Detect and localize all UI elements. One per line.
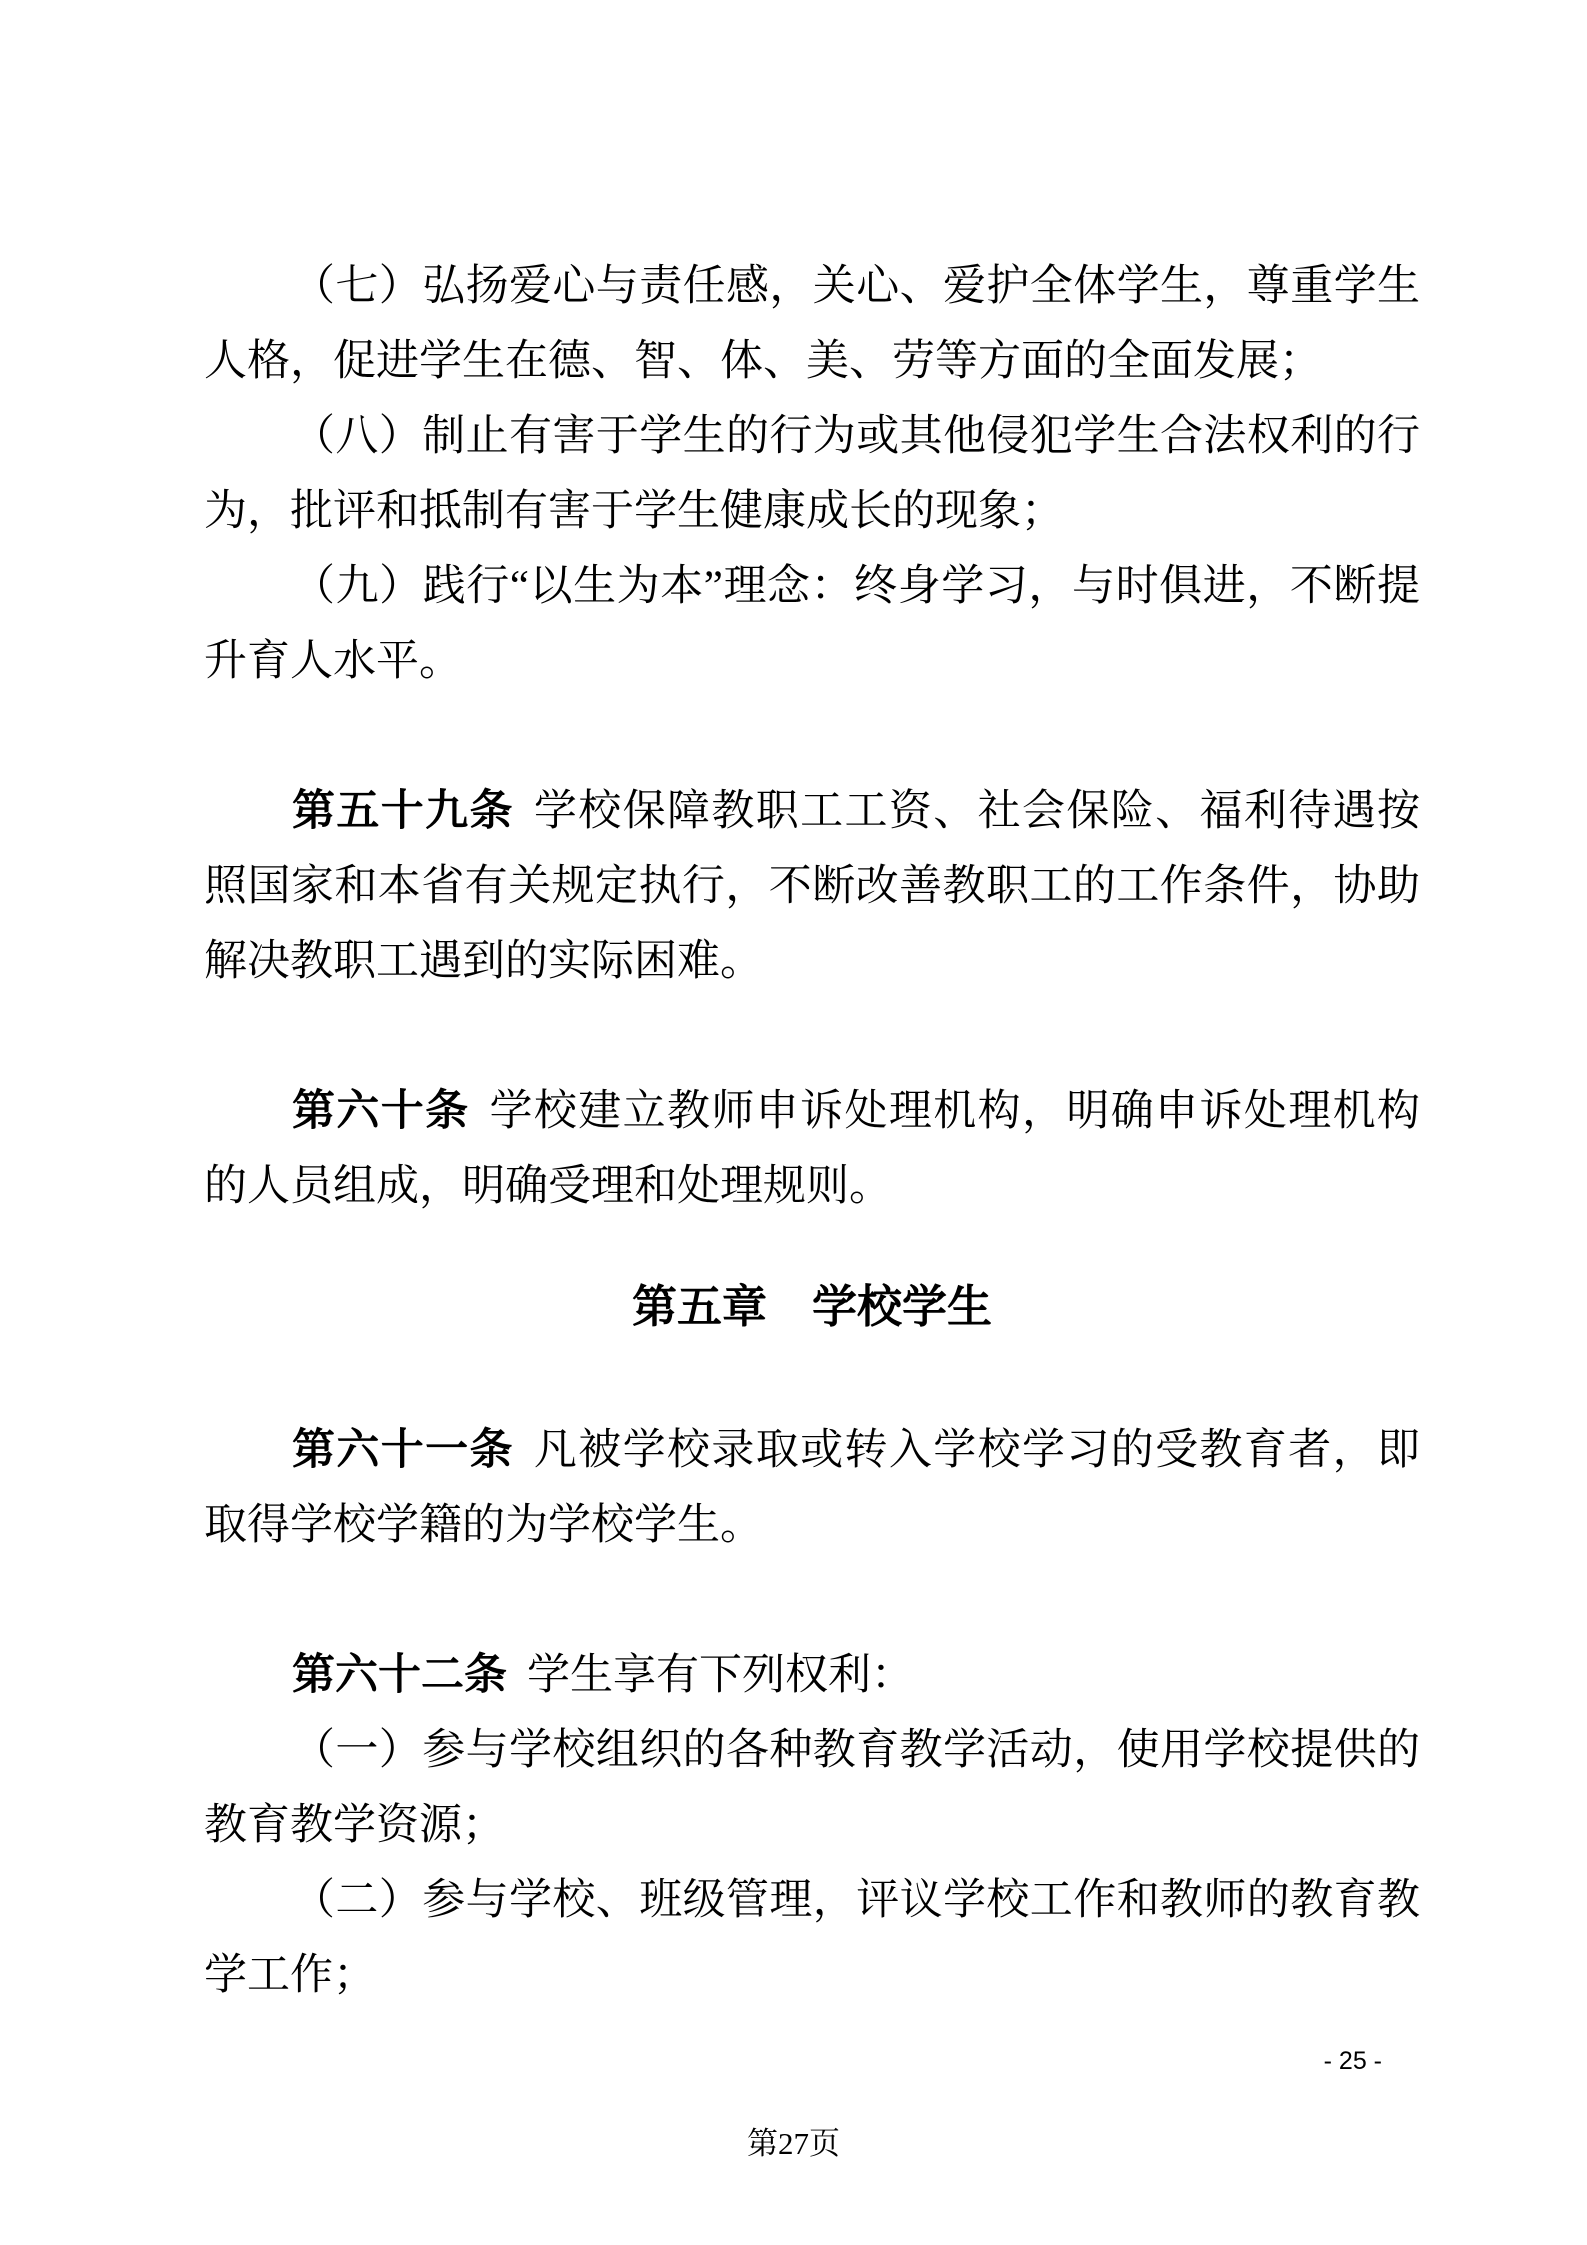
document-body: （七）弘扬爱心与责任感，关心、爱护全体学生，尊重学生人格，促进学生在德、智、体、… xyxy=(204,249,1420,2013)
footer-page-label: 第27页 xyxy=(0,2128,1587,2159)
article-number: 第五十九条 xyxy=(292,788,514,835)
article-number: 第六十条 xyxy=(292,1088,470,1135)
list-item-nine: （九）践行“以生为本”理念：终身学习，与时俱进，不断提升育人水平。 xyxy=(204,549,1420,699)
list-item-two: （二）参与学校、班级管理，评议学校工作和教师的教育教学工作； xyxy=(204,1863,1420,2013)
chapter-heading: 第五章 学校学生 xyxy=(204,1269,1420,1344)
footer-page-number: - 25 - xyxy=(1324,2049,1382,2074)
list-item-eight: （八）制止有害于学生的行为或其他侵犯学生合法权利的行为，批评和抵制有害于学生健康… xyxy=(204,399,1420,549)
article-62: 第六十二条学生享有下列权利： xyxy=(204,1638,1420,1713)
article-59: 第五十九条学校保障教职工工资、社会保险、福利待遇按照国家和本省有关规定执行，不断… xyxy=(204,774,1420,999)
article-number: 第六十一条 xyxy=(292,1427,514,1474)
list-item-text: （九）践行“以生为本”理念：终身学习，与时俱进，不断提升育人水平。 xyxy=(204,563,1420,685)
list-item-text: （一）参与学校组织的各种教育教学活动，使用学校提供的教育教学资源； xyxy=(204,1727,1420,1849)
list-item-text: （二）参与学校、班级管理，评议学校工作和教师的教育教学工作； xyxy=(204,1877,1420,1999)
document-page: （七）弘扬爱心与责任感，关心、爱护全体学生，尊重学生人格，促进学生在德、智、体、… xyxy=(0,0,1587,2245)
list-item-text: （八）制止有害于学生的行为或其他侵犯学生合法权利的行为，批评和抵制有害于学生健康… xyxy=(204,413,1420,535)
list-item-seven: （七）弘扬爱心与责任感，关心、爱护全体学生，尊重学生人格，促进学生在德、智、体、… xyxy=(204,249,1420,399)
article-60: 第六十条学校建立教师申诉处理机构，明确申诉处理机构的人员组成，明确受理和处理规则… xyxy=(204,1074,1420,1224)
list-item-text: （七）弘扬爱心与责任感，关心、爱护全体学生，尊重学生人格，促进学生在德、智、体、… xyxy=(204,263,1420,385)
article-text: 学生享有下列权利： xyxy=(527,1652,914,1699)
article-61: 第六十一条凡被学校录取或转入学校学习的受教育者，即取得学校学籍的为学校学生。 xyxy=(204,1413,1420,1563)
list-item-one: （一）参与学校组织的各种教育教学活动，使用学校提供的教育教学资源； xyxy=(204,1713,1420,1863)
article-number: 第六十二条 xyxy=(292,1652,507,1699)
